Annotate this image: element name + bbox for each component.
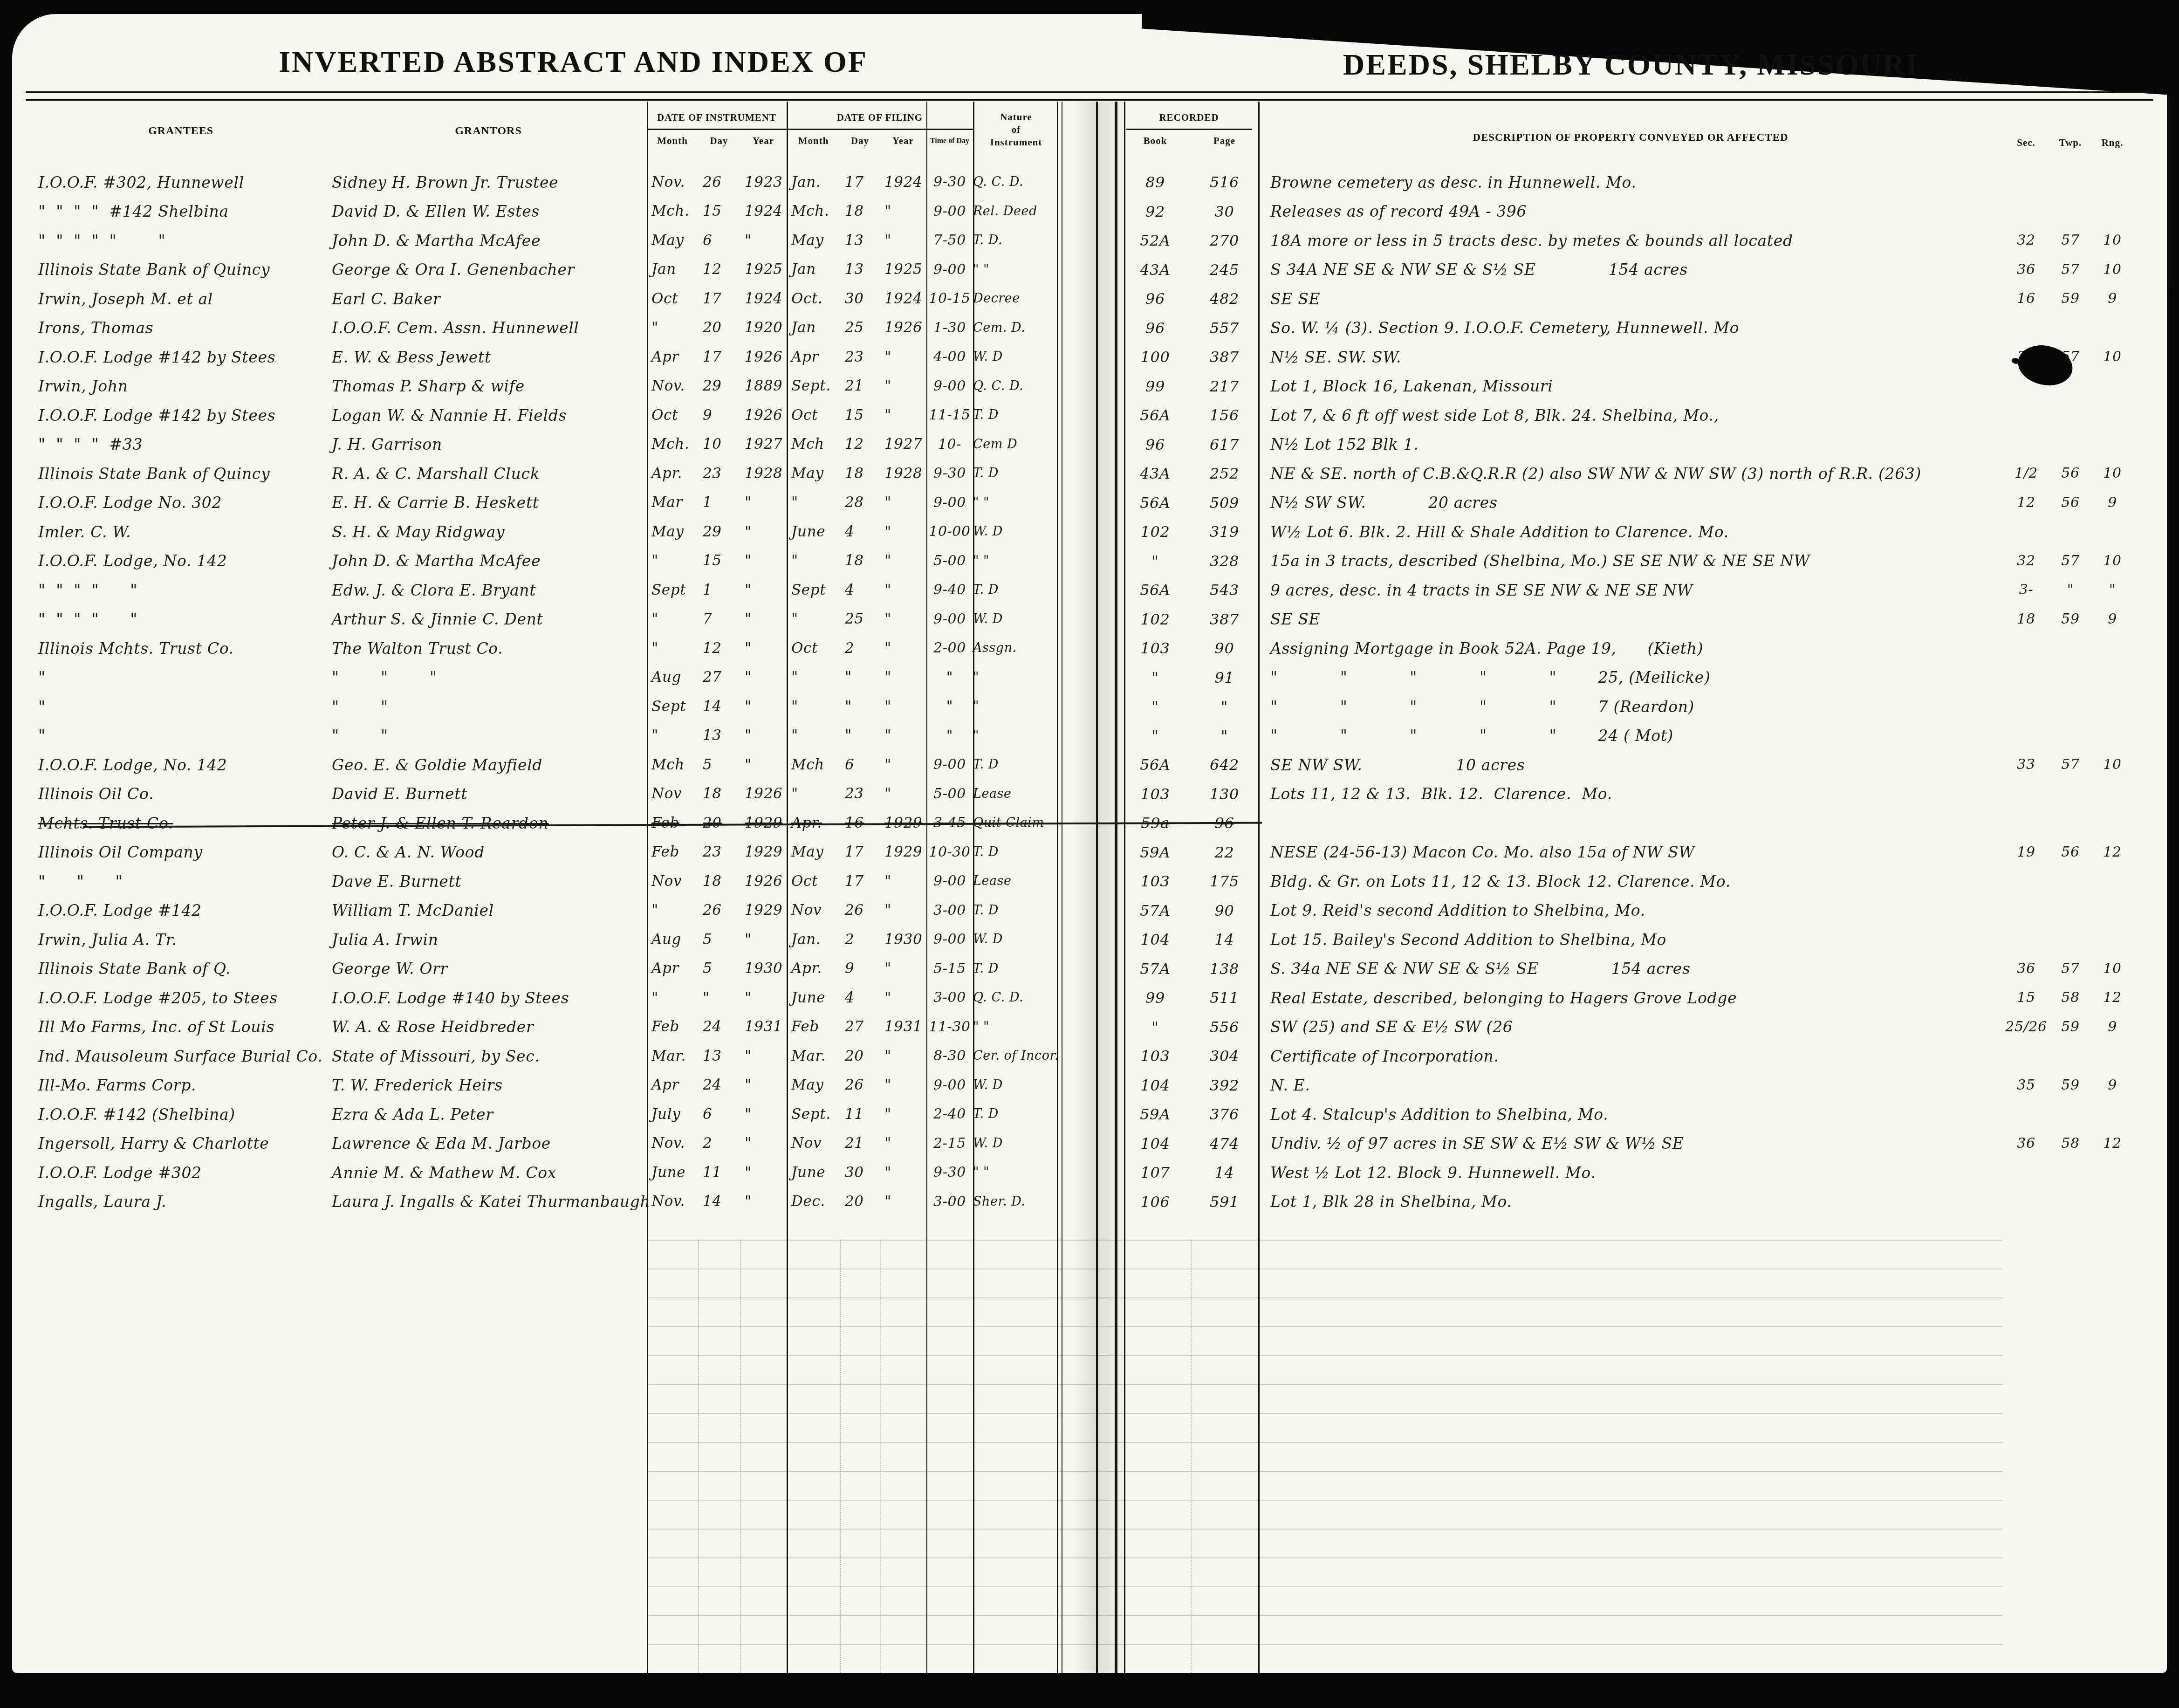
- time-of-day-cell: 3-00: [926, 991, 973, 1005]
- description-cell: Lot 4. Stalcup's Addition to Shelbina, M…: [1258, 1107, 2003, 1122]
- grantor-cell: J. H. Garrison: [330, 437, 647, 452]
- instrument-day-cell: 11: [698, 1166, 740, 1180]
- filing-month-cell: Dec.: [787, 1194, 840, 1209]
- filing-day-cell: ": [840, 700, 880, 714]
- filing-month-cell: Jan.: [787, 175, 840, 190]
- grantee-cell: Ingalls, Laura J.: [32, 1194, 330, 1209]
- instrument-day-cell: 9: [698, 408, 740, 423]
- time-of-day-cell: 9-00: [926, 205, 973, 219]
- book-cell: 106: [1120, 1194, 1191, 1209]
- col-header-page: Page: [1191, 135, 1258, 147]
- rng-cell: 9: [2091, 292, 2133, 306]
- filing-month-cell: Apr.: [787, 961, 840, 976]
- instrument-year-cell: ": [740, 1166, 787, 1180]
- page-cell: ": [1191, 699, 1258, 714]
- page-cell: 270: [1191, 233, 1258, 248]
- ledger-row: Irons, Thomas I.O.O.F. Cem. Assn. Hunnew…: [32, 314, 2133, 343]
- filing-year-cell: ": [880, 1078, 926, 1092]
- time-of-day-cell: 1-30: [926, 321, 973, 335]
- instrument-day-cell: 10: [698, 437, 740, 452]
- time-of-day-cell: 11-30: [926, 1020, 973, 1034]
- filing-month-cell: Jan: [787, 262, 840, 277]
- page-cell: 30: [1191, 204, 1258, 219]
- instrument-month-cell: Aug: [647, 670, 698, 685]
- dotted-column-rule: [1191, 1240, 1192, 1673]
- time-of-day-cell: 2-15: [926, 1137, 973, 1151]
- book-cell: 96: [1120, 437, 1191, 452]
- twp-cell: 57: [2049, 758, 2091, 772]
- description-cell: Lot 15. Bailey's Second Addition to Shel…: [1258, 932, 2003, 947]
- filing-day-cell: 17: [840, 175, 880, 190]
- time-of-day-cell: 5-00: [926, 554, 973, 568]
- ledger-row: Illinois Oil Co. David E. Burnett Nov 18…: [32, 780, 2133, 809]
- filing-month-cell: Mar.: [787, 1049, 840, 1063]
- instrument-year-cell: 1929: [740, 903, 787, 918]
- filing-month-cell: Oct.: [787, 292, 840, 306]
- nature-of-instrument-cell: W. D: [973, 1137, 1059, 1150]
- instrument-day-cell: 18: [698, 787, 740, 801]
- instrument-month-cell: ": [647, 321, 698, 335]
- grantee-cell: Imler. C. W.: [32, 524, 330, 540]
- nature-of-instrument-cell: W. D: [973, 1079, 1059, 1092]
- instrument-year-cell: 1927: [740, 437, 787, 452]
- page-cell: 482: [1191, 291, 1258, 306]
- rng-cell: 10: [2091, 466, 2133, 480]
- grantee-cell: I.O.O.F. Lodge, No. 142: [32, 553, 330, 569]
- instrument-year-cell: 1920: [740, 321, 787, 335]
- filing-year-cell: ": [880, 1166, 926, 1180]
- nature-of-instrument-cell: T. D: [973, 846, 1059, 859]
- instrument-day-cell: 29: [698, 379, 740, 393]
- grantee-cell: I.O.O.F. #142 (Shelbina): [32, 1107, 330, 1122]
- grantor-cell: I.O.O.F. Cem. Assn. Hunnewell: [330, 320, 647, 336]
- nature-of-instrument-cell: T. D: [973, 962, 1059, 975]
- instrument-year-cell: 1931: [740, 1020, 787, 1034]
- grantor-cell: State of Missouri, by Sec.: [330, 1049, 647, 1064]
- instrument-year-cell: ": [740, 612, 787, 626]
- nature-of-instrument-cell: Cem D: [973, 438, 1059, 451]
- instrument-month-cell: ": [647, 641, 698, 656]
- filing-month-cell: Apr.: [787, 816, 840, 830]
- description-cell: N½ SE. SW. SW.: [1258, 350, 2003, 365]
- description-cell: Browne cemetery as desc. in Hunnewell. M…: [1258, 175, 2003, 190]
- book-cell: ": [1120, 670, 1191, 685]
- grantor-cell: George & Ora I. Genenbacher: [330, 262, 647, 277]
- sec-cell: 19: [2003, 845, 2049, 859]
- instrument-month-cell: Mch: [647, 758, 698, 772]
- col-header-inst-year: Year: [740, 135, 787, 147]
- filing-month-cell: May: [787, 233, 840, 248]
- book-cell: 96: [1120, 321, 1191, 336]
- dotted-column-rule: [840, 1240, 841, 1673]
- col-header-file-day: Day: [840, 135, 880, 147]
- nature-of-instrument-cell: " ": [973, 496, 1059, 509]
- filing-day-cell: 27: [840, 1020, 880, 1034]
- sec-cell: 16: [2003, 292, 2049, 306]
- filing-day-cell: 4: [840, 583, 880, 597]
- grantor-cell: Peter J. & Ellen T. Reardon: [330, 816, 647, 831]
- sec-cell: 33: [2003, 758, 2049, 772]
- instrument-day-cell: 6: [698, 233, 740, 248]
- grantee-cell: Illinois State Bank of Quincy: [32, 262, 330, 277]
- dotted-ruling: [647, 1240, 2003, 1673]
- ledger-row: I.O.O.F. #302, Hunnewell Sidney H. Brown…: [32, 168, 2133, 197]
- rng-cell: 9: [2091, 1020, 2133, 1034]
- sec-cell: 35: [2003, 1078, 2049, 1092]
- grantee-cell: Ind. Mausoleum Surface Burial Co.: [32, 1049, 330, 1064]
- description-cell: West ½ Lot 12. Block 9. Hunnewell. Mo.: [1258, 1165, 2003, 1180]
- page-cell: ": [1191, 728, 1258, 743]
- nature-of-instrument-cell: Sher. D.: [973, 1195, 1059, 1208]
- description-cell: Lot 1, Blk 28 in Shelbina, Mo.: [1258, 1194, 2003, 1209]
- description-cell: N. E.: [1258, 1077, 2003, 1093]
- filing-month-cell: Oct: [787, 874, 840, 889]
- twp-cell: 58: [2049, 1137, 2091, 1151]
- instrument-year-cell: ": [740, 728, 787, 743]
- sec-cell: 15: [2003, 991, 2049, 1005]
- instrument-year-cell: ": [740, 641, 787, 656]
- grantee-cell: ": [32, 699, 330, 714]
- filing-day-cell: 21: [840, 379, 880, 393]
- page-cell: 328: [1191, 554, 1258, 569]
- twp-cell: 57: [2049, 233, 2091, 247]
- rng-cell: 10: [2091, 263, 2133, 277]
- page-cell: 617: [1191, 437, 1258, 452]
- grantor-cell: Arthur S. & Jinnie C. Dent: [330, 611, 647, 627]
- instrument-day-cell: 20: [698, 816, 740, 830]
- grantee-cell: I.O.O.F. Lodge #142 by Stees: [32, 350, 330, 365]
- filing-month-cell: Nov: [787, 903, 840, 918]
- description-cell: Undiv. ½ of 97 acres in SE SW & E½ SW & …: [1258, 1136, 2003, 1151]
- description-cell: 18A more or less in 5 tracts desc. by me…: [1258, 233, 2003, 248]
- page-cell: 217: [1191, 379, 1258, 394]
- book-cell: 104: [1120, 932, 1191, 947]
- description-cell: Lot 7, & 6 ft off west side Lot 8, Blk. …: [1258, 408, 2003, 423]
- instrument-year-cell: ": [740, 670, 787, 685]
- filing-year-cell: ": [880, 1049, 926, 1063]
- col-header-description: DESCRIPTION OF PROPERTY CONVEYED OR AFFE…: [1258, 131, 2003, 144]
- col-header-book: Book: [1120, 135, 1191, 147]
- instrument-day-cell: ": [698, 991, 740, 1005]
- grantor-cell: David D. & Ellen W. Estes: [330, 204, 647, 219]
- nature-of-instrument-cell: Rel. Deed: [973, 205, 1059, 218]
- filing-month-cell: ": [787, 495, 840, 510]
- grantor-cell: R. A. & C. Marshall Cluck: [330, 466, 647, 481]
- instrument-month-cell: ": [647, 903, 698, 918]
- instrument-day-cell: 26: [698, 903, 740, 918]
- page-cell: 509: [1191, 495, 1258, 510]
- grantor-cell: I.O.O.F. Lodge #140 by Stees: [330, 990, 647, 1006]
- instrument-month-cell: Sept: [647, 583, 698, 597]
- ledger-row: Illinois Mchts. Trust Co. The Walton Tru…: [32, 634, 2133, 663]
- page-cell: 22: [1191, 845, 1258, 860]
- time-of-day-cell: 8-30: [926, 1049, 973, 1063]
- instrument-month-cell: Nov: [647, 787, 698, 801]
- grantee-cell: ": [32, 670, 330, 685]
- time-of-day-cell: 2-00: [926, 641, 973, 655]
- instrument-month-cell: Nov.: [647, 379, 698, 393]
- ledger-row: I.O.O.F. Lodge, No. 142 John D. & Martha…: [32, 547, 2133, 576]
- page-cell: 474: [1191, 1136, 1258, 1151]
- filing-year-cell: ": [880, 874, 926, 889]
- filing-day-cell: 11: [840, 1107, 880, 1122]
- page-cell: 392: [1191, 1078, 1258, 1093]
- grantor-cell: " " ": [330, 670, 647, 685]
- filing-day-cell: 9: [840, 961, 880, 976]
- instrument-day-cell: 5: [698, 933, 740, 947]
- instrument-day-cell: 1: [698, 583, 740, 597]
- instrument-day-cell: 13: [698, 728, 740, 743]
- ledger-row: Ill-Mo. Farms Corp. T. W. Frederick Heir…: [32, 1071, 2133, 1100]
- instrument-year-cell: 1929: [740, 816, 787, 830]
- page-cell: 516: [1191, 175, 1258, 190]
- grantor-cell: E. W. & Bess Jewett: [330, 350, 647, 365]
- instrument-day-cell: 24: [698, 1078, 740, 1092]
- book-cell: 103: [1120, 787, 1191, 802]
- filing-year-cell: ": [880, 961, 926, 976]
- scanned-ledger-page: INVERTED ABSTRACT AND INDEX OF DEEDS, SH…: [0, 0, 2179, 1708]
- instrument-year-cell: 1926: [740, 408, 787, 423]
- instrument-year-cell: 1926: [740, 874, 787, 889]
- page-cell: 90: [1191, 641, 1258, 656]
- instrument-year-cell: 1930: [740, 961, 787, 976]
- ledger-row: I.O.O.F. Lodge #142 by Stees Logan W. & …: [32, 401, 2133, 430]
- ledger-row: Imler. C. W. S. H. & May Ridgway May 29 …: [32, 517, 2133, 547]
- ledger-row: Irwin, Joseph M. et al Earl C. Baker Oct…: [32, 284, 2133, 314]
- book-cell: 57A: [1120, 903, 1191, 918]
- time-of-day-cell: 10-30: [926, 845, 973, 859]
- instrument-month-cell: Oct: [647, 408, 698, 423]
- ledger-row: Illinois State Bank of Quincy George & O…: [32, 255, 2133, 285]
- grantee-cell: I.O.O.F. Lodge #142 by Stees: [32, 408, 330, 423]
- book-cell: 56A: [1120, 583, 1191, 597]
- ledger-row: " " " " 13 " " " " " " " " " " " " " 24 …: [32, 721, 2133, 751]
- filing-month-cell: Feb: [787, 1020, 840, 1034]
- ledger-row: Irwin, Julia A. Tr. Julia A. Irwin Aug 5…: [32, 925, 2133, 954]
- filing-day-cell: 23: [840, 350, 880, 364]
- twp-cell: 56: [2049, 466, 2091, 480]
- ledger-row: " " " " #33 J. H. Garrison Mch. 10 1927 …: [32, 430, 2133, 460]
- filing-month-cell: ": [787, 612, 840, 626]
- instrument-year-cell: ": [740, 1136, 787, 1151]
- header-rule: [787, 129, 973, 130]
- grantee-cell: Mchts. Trust Co.: [32, 816, 330, 831]
- page-cell: 90: [1191, 903, 1258, 918]
- rng-cell: 10: [2091, 962, 2133, 976]
- page-cell: 14: [1191, 932, 1258, 947]
- nature-of-instrument-cell: ": [973, 729, 1059, 742]
- col-header-grantors: GRANTORS: [330, 125, 647, 137]
- filing-month-cell: Mch: [787, 758, 840, 772]
- filing-month-cell: ": [787, 670, 840, 685]
- nature-of-instrument-cell: T. D: [973, 904, 1059, 917]
- time-of-day-cell: 4-00: [926, 350, 973, 364]
- sec-cell: 1/2: [2003, 466, 2049, 480]
- nature-of-instrument-cell: " ": [973, 263, 1059, 276]
- rng-cell: 10: [2091, 554, 2133, 568]
- filing-year-cell: 1924: [880, 292, 926, 306]
- scan-edge-artifact: [2167, 289, 2173, 1668]
- book-cell: 107: [1120, 1165, 1191, 1180]
- dotted-column-rule: [698, 1240, 699, 1673]
- instrument-day-cell: 17: [698, 350, 740, 364]
- grantee-cell: " " " " #33: [32, 437, 330, 452]
- grantor-cell: Logan W. & Nannie H. Fields: [330, 408, 647, 423]
- filing-month-cell: Mch.: [787, 204, 840, 219]
- filing-day-cell: 30: [840, 292, 880, 306]
- filing-day-cell: 26: [840, 1078, 880, 1092]
- instrument-month-cell: May: [647, 233, 698, 248]
- nature-of-instrument-cell: Lease: [973, 875, 1059, 888]
- grantee-cell: " " " " #142 Shelbina: [32, 204, 330, 219]
- grantor-cell: " ": [330, 699, 647, 714]
- filing-month-cell: Apr: [787, 350, 840, 364]
- book-cell: 100: [1120, 350, 1191, 364]
- book-cell: 92: [1120, 204, 1191, 219]
- time-of-day-cell: 9-40: [926, 583, 973, 597]
- sec-cell: 32: [2003, 554, 2049, 568]
- ledger-row: Ingersoll, Harry & Charlotte Lawrence & …: [32, 1129, 2133, 1159]
- filing-day-cell: 18: [840, 554, 880, 568]
- filing-month-cell: May: [787, 1078, 840, 1092]
- grantee-cell: Irons, Thomas: [32, 320, 330, 336]
- filing-month-cell: Sept: [787, 583, 840, 597]
- description-cell: SE NW SW. 10 acres: [1258, 757, 2003, 773]
- instrument-day-cell: 14: [698, 1194, 740, 1209]
- page-cell: 642: [1191, 757, 1258, 772]
- nature-of-instrument-cell: ": [973, 700, 1059, 713]
- time-of-day-cell: 9-00: [926, 758, 973, 772]
- page-cell: 543: [1191, 583, 1258, 597]
- grantee-cell: " " " " ": [32, 583, 330, 598]
- instrument-day-cell: 15: [698, 204, 740, 219]
- nature-of-instrument-cell: Lease: [973, 788, 1059, 801]
- instrument-year-cell: 1926: [740, 787, 787, 801]
- instrument-year-cell: ": [740, 554, 787, 568]
- nature-of-instrument-cell: Cer. of Incor.: [973, 1049, 1059, 1063]
- filing-year-cell: ": [880, 1194, 926, 1209]
- instrument-month-cell: July: [647, 1107, 698, 1122]
- grantee-cell: Irwin, Joseph M. et al: [32, 291, 330, 307]
- ledger-row: I.O.O.F. Lodge #302 Annie M. & Mathew M.…: [32, 1158, 2133, 1187]
- description-cell: SE SE: [1258, 291, 2003, 307]
- description-cell: N½ SW SW. 20 acres: [1258, 495, 2003, 510]
- grantor-cell: George W. Orr: [330, 961, 647, 976]
- filing-day-cell: 25: [840, 612, 880, 626]
- ledger-row: Illinois State Bank of Quincy R. A. & C.…: [32, 459, 2133, 488]
- instrument-year-cell: ": [740, 1194, 787, 1209]
- book-cell: 59a: [1120, 816, 1191, 830]
- sec-cell: 12: [2003, 496, 2049, 510]
- ledger-row: Ind. Mausoleum Surface Burial Co. State …: [32, 1042, 2133, 1071]
- filing-day-cell: 6: [840, 758, 880, 772]
- instrument-year-cell: ": [740, 991, 787, 1005]
- page-cell: 557: [1191, 321, 1258, 336]
- filing-year-cell: ": [880, 641, 926, 656]
- grantor-cell: S. H. & May Ridgway: [330, 524, 647, 540]
- description-cell: Releases as of record 49A - 396: [1258, 204, 2003, 219]
- description-cell: So. W. ¼ (3). Section 9. I.O.O.F. Cemete…: [1258, 320, 2003, 336]
- filing-year-cell: 1929: [880, 845, 926, 859]
- col-header-sec: Sec.: [2003, 137, 2049, 149]
- filing-month-cell: June: [787, 1166, 840, 1180]
- book-cell: 104: [1120, 1136, 1191, 1151]
- filing-day-cell: 16: [840, 816, 880, 830]
- twp-cell: 57: [2049, 263, 2091, 277]
- page-cell: 319: [1191, 524, 1258, 539]
- grantee-cell: I.O.O.F. Lodge #142: [32, 903, 330, 918]
- grantor-cell: Lawrence & Eda M. Jarboe: [330, 1136, 647, 1151]
- filing-year-cell: ": [880, 204, 926, 219]
- instrument-day-cell: 7: [698, 612, 740, 626]
- twp-cell: 59: [2049, 292, 2091, 306]
- book-cell: ": [1120, 728, 1191, 743]
- filing-year-cell: 1931: [880, 1020, 926, 1034]
- ledger-row: Illinois State Bank of Q. George W. Orr …: [32, 954, 2133, 984]
- grantor-cell: O. C. & A. N. Wood: [330, 844, 647, 860]
- grantee-cell: Illinois Mchts. Trust Co.: [32, 641, 330, 656]
- instrument-month-cell: Feb: [647, 1020, 698, 1034]
- sec-cell: 36: [2003, 263, 2049, 277]
- page-cell: 387: [1191, 612, 1258, 627]
- nature-of-instrument-cell: W. D: [973, 350, 1059, 364]
- instrument-month-cell: Mch.: [647, 437, 698, 452]
- instrument-month-cell: Mar: [647, 495, 698, 510]
- filing-day-cell: 17: [840, 874, 880, 889]
- nature-of-instrument-cell: W. D: [973, 613, 1059, 626]
- filing-year-cell: ": [880, 408, 926, 423]
- book-cell: ": [1120, 1020, 1191, 1035]
- description-cell: Certificate of Incorporation.: [1258, 1049, 2003, 1064]
- filing-year-cell: 1926: [880, 321, 926, 335]
- filing-day-cell: 2: [840, 933, 880, 947]
- filing-month-cell: Sept.: [787, 1107, 840, 1122]
- col-header-date-of-filing: DATE OF FILING: [787, 112, 973, 123]
- col-header-file-month: Month: [787, 135, 840, 147]
- time-of-day-cell: 3-00: [926, 904, 973, 918]
- book-cell: 103: [1120, 874, 1191, 889]
- grantor-cell: Earl C. Baker: [330, 291, 647, 307]
- description-cell: 9 acres, desc. in 4 tracts in SE SE NW &…: [1258, 583, 2003, 598]
- book-cell: 99: [1120, 990, 1191, 1005]
- instrument-day-cell: 14: [698, 700, 740, 714]
- page-cell: 252: [1191, 466, 1258, 481]
- filing-month-cell: Mch: [787, 437, 840, 452]
- grantor-cell: E. H. & Carrie B. Heskett: [330, 495, 647, 510]
- book-cell: 56A: [1120, 757, 1191, 772]
- ledger-row: " " " " Aug 27 " " " " " " " 91 " " " " …: [32, 663, 2133, 693]
- ledger-row: I.O.O.F. Lodge, No. 142 Geo. E. & Goldie…: [32, 750, 2133, 780]
- description-cell: " " " " " 25, (Meilicke): [1258, 670, 2003, 685]
- nature-of-instrument-cell: Q. C. D.: [973, 380, 1059, 393]
- filing-year-cell: 1930: [880, 933, 926, 947]
- ledger-row: Illinois Oil Company O. C. & A. N. Wood …: [32, 838, 2133, 867]
- sec-cell: 18: [2003, 612, 2049, 626]
- filing-year-cell: ": [880, 787, 926, 801]
- instrument-year-cell: ": [740, 583, 787, 597]
- filing-month-cell: Oct: [787, 408, 840, 423]
- instrument-month-cell: June: [647, 1166, 698, 1180]
- grantee-cell: Ill Mo Farms, Inc. of St Louis: [32, 1019, 330, 1035]
- grantee-cell: Illinois State Bank of Quincy: [32, 466, 330, 481]
- instrument-day-cell: 15: [698, 554, 740, 568]
- sec-cell: 25/26: [2003, 1020, 2049, 1034]
- instrument-month-cell: Nov.: [647, 1194, 698, 1209]
- nature-of-instrument-cell: Cem. D.: [973, 322, 1059, 335]
- grantor-cell: Dave E. Burnett: [330, 874, 647, 889]
- instrument-year-cell: 1924: [740, 292, 787, 306]
- instrument-day-cell: 13: [698, 1049, 740, 1063]
